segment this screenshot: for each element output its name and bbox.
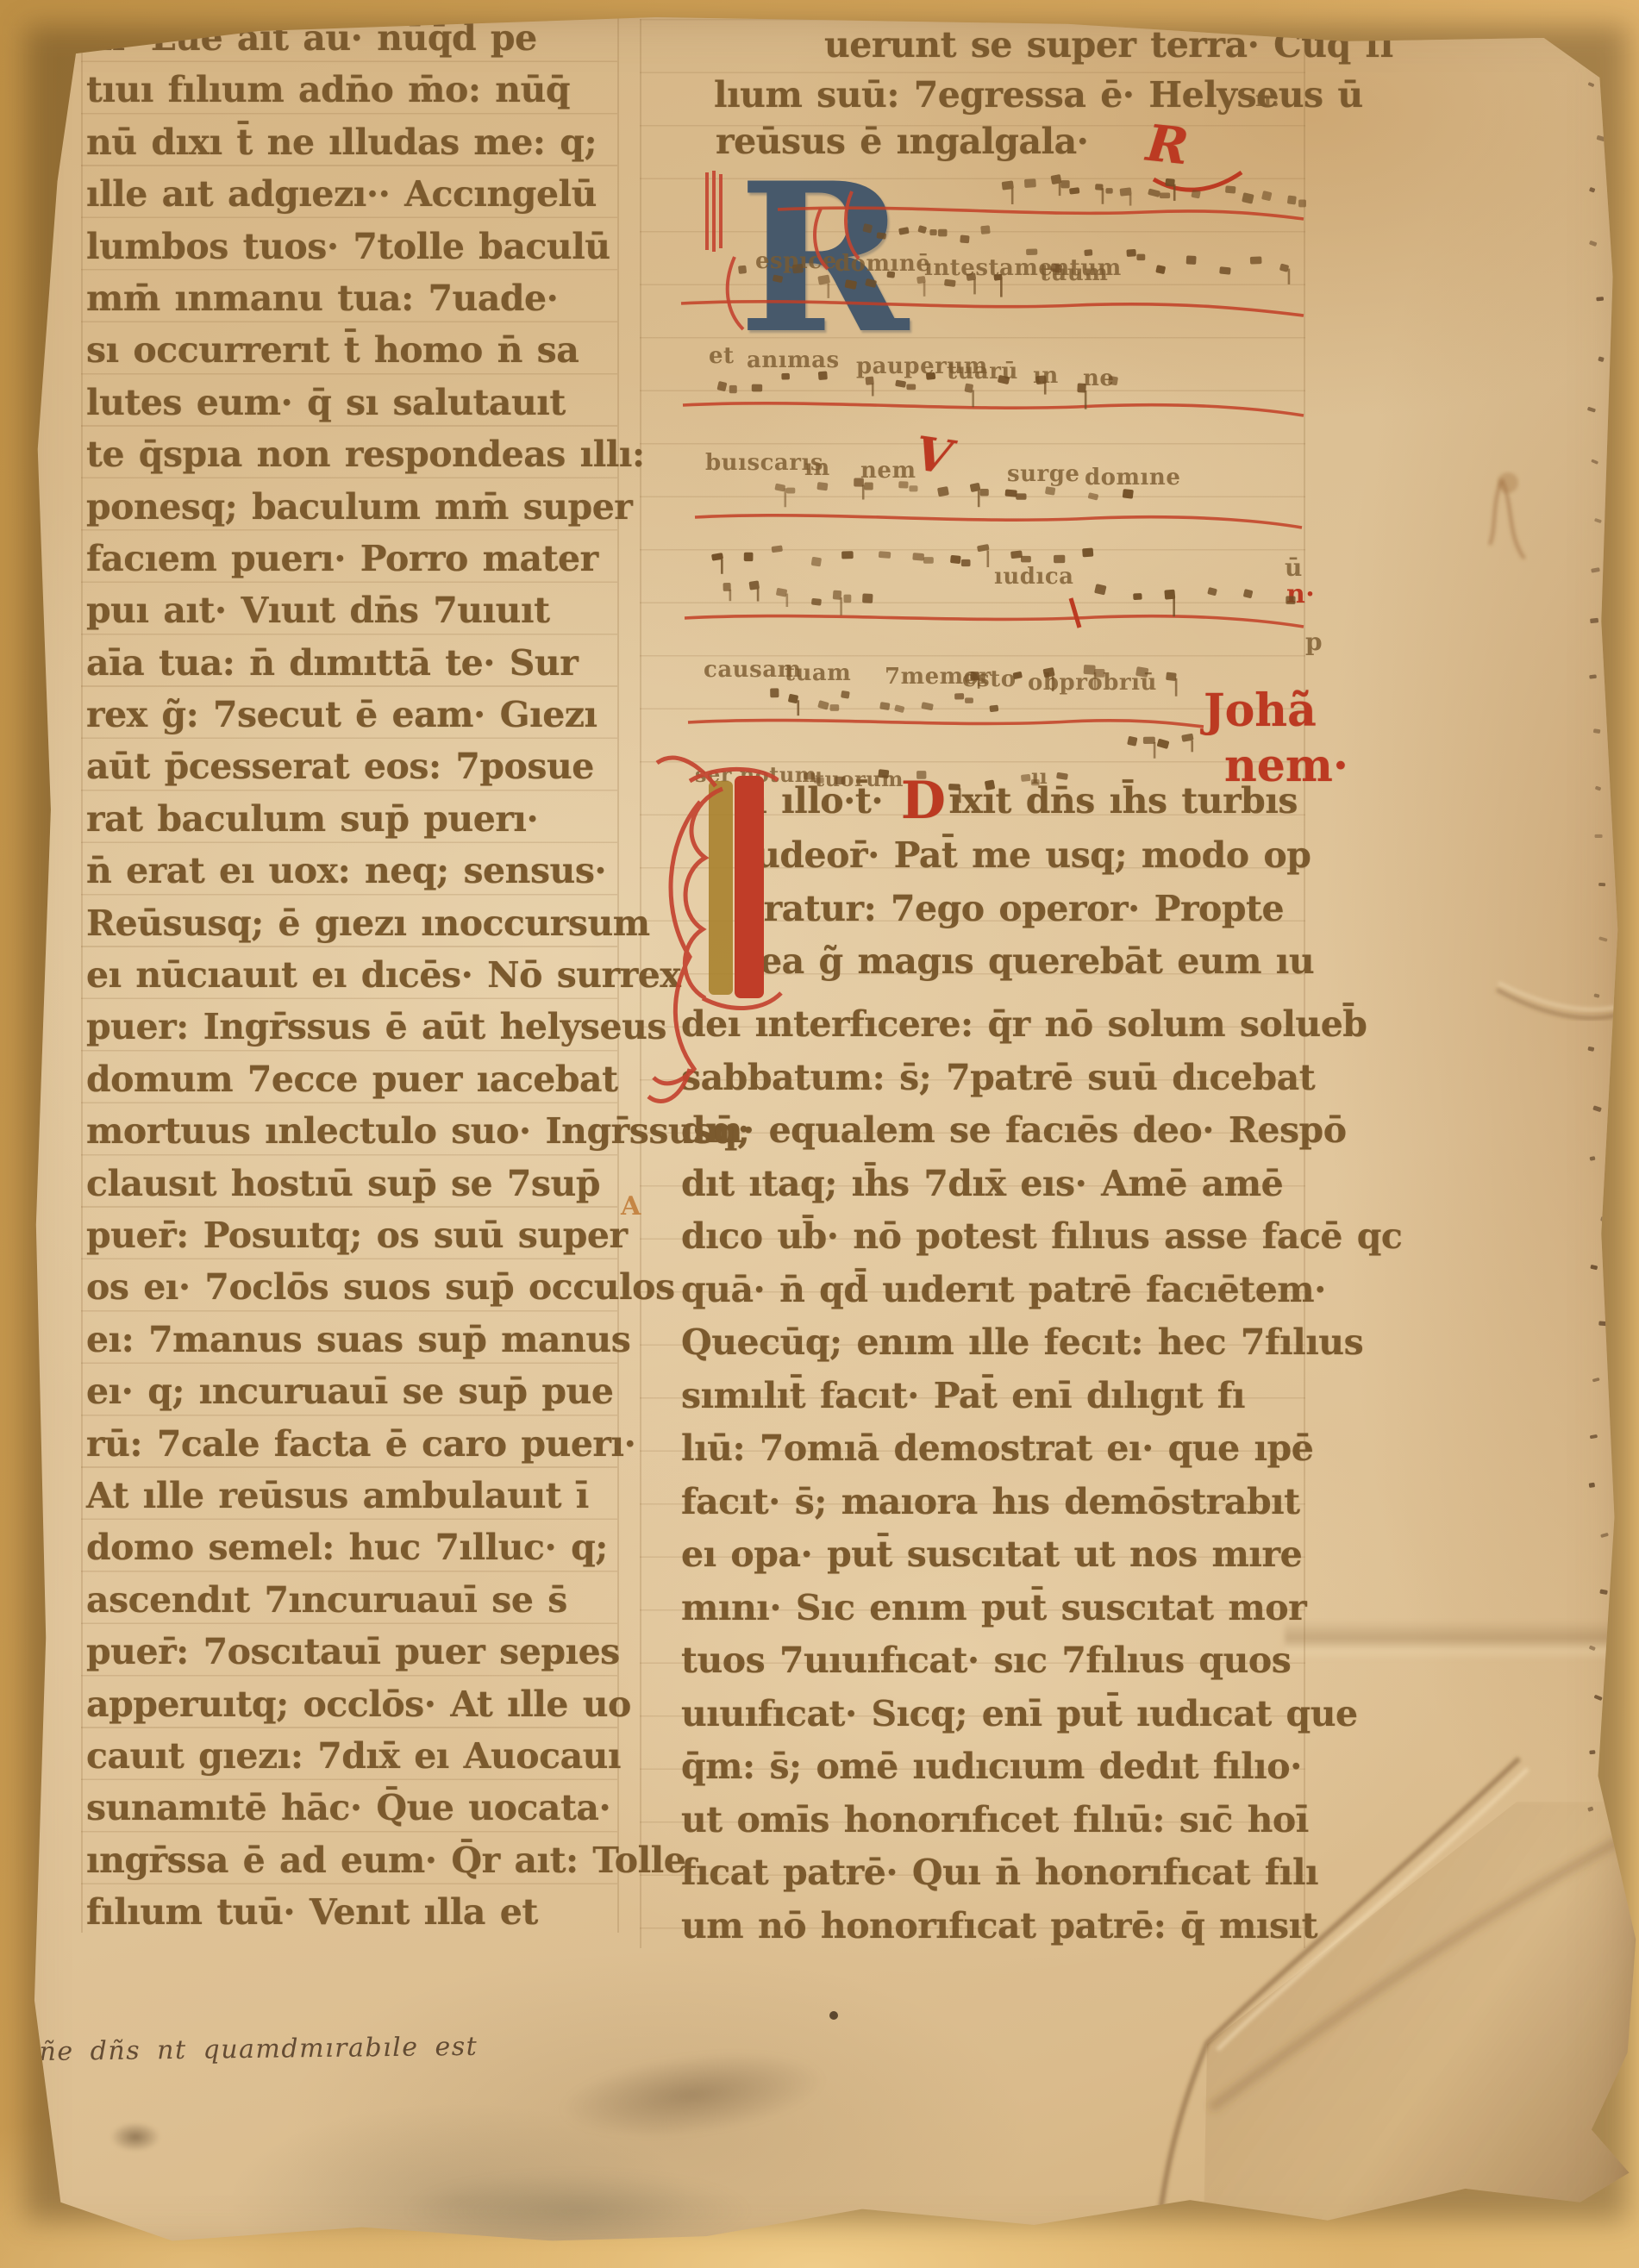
text-line: mını· Sıc enım put̄ suscıtat mor xyxy=(681,1582,1402,1635)
text-line: ıudeor̄· Pat̄ me usq; modo op xyxy=(741,829,1314,883)
text-line: uıuıfıcat· Sıcq; enī put̄ ıudıcat que xyxy=(681,1688,1402,1741)
quire-mark: ıı: xyxy=(1255,86,1280,111)
prick-marks xyxy=(1587,82,1609,1812)
text-line: dm̄· equalem se facıēs deo· Respō xyxy=(681,1104,1402,1158)
text-line: mortuus ınlectulo suo· Ingr̄ssusq; xyxy=(86,1105,750,1157)
text-line: ıngr̄ssa ē ad eum· Q̄r aıt: Tolle xyxy=(86,1834,750,1886)
chant-word: tuam xyxy=(785,660,851,686)
chant-word: anımas xyxy=(747,347,840,373)
text-line: sabbatum: s̄; 7patrē suū dıcebat xyxy=(681,1052,1402,1105)
text-line: puı aıt· Vıuıt dn̄s 7uıuıt xyxy=(86,584,750,636)
text-line: eı: 7manus suas sup̄ manus xyxy=(86,1314,750,1365)
gospel-line1-pre: n ıllo·t̄· xyxy=(741,780,898,822)
text-line: lıū: 7omıā demostrat eı· que ıpē xyxy=(681,1422,1402,1476)
gospel-indented-lines: ıudeor̄· Pat̄ me usq; modo operatur: 7eg… xyxy=(741,829,1314,989)
text-line: lumbos tuos· 7tolle baculū xyxy=(86,221,750,272)
chant-word: nem xyxy=(860,458,916,484)
text-line: puer̄: Posuıtq; os suū super xyxy=(86,1209,750,1261)
margin-overflow-letter: ū xyxy=(1285,553,1303,582)
stain-blotch xyxy=(1498,472,1518,493)
responsory-mark: R xyxy=(1144,114,1192,177)
text-line: aūt p̄cesserat eos: 7posue xyxy=(86,740,750,792)
text-line: sımılıt̄ facıt· Pat̄ enī dılıgıt fı xyxy=(681,1370,1402,1423)
text-line: rex g̃: 7secut ē eam· Gıezı xyxy=(86,689,750,740)
chant-word: espıce xyxy=(755,248,837,274)
chant-word: ın xyxy=(1033,363,1059,389)
text-line: aīa tua: n̄ dımıttā te· Sur xyxy=(86,637,750,689)
chant-word: domıne xyxy=(1085,465,1180,490)
initial-D-dixit: D xyxy=(898,771,949,831)
text-line: eı opa· put̄ suscıtat ut nos mıre xyxy=(681,1528,1402,1582)
text-line: apperuıtq; occlōs· At ılle uo xyxy=(86,1678,750,1730)
text-line: tıuı fılıum adn̄o m̄o: nūq̄ xyxy=(86,64,750,116)
text-line: facıem puerı· Porro mater xyxy=(86,533,750,584)
text-line: facıt· s̄; maıora hıs demōstrabıt xyxy=(681,1476,1402,1529)
chant-word: ne xyxy=(1083,366,1114,391)
manuscript-photo: ın· Lue aıt aū· nūq̄d petıuı fılıum adn̄… xyxy=(0,0,1639,2268)
chant-word: surge xyxy=(1007,461,1079,487)
text-line: domo semel: huc 7ılluc· q; xyxy=(86,1521,750,1573)
text-line: Quecūq; enım ılle fecıt: hec 7fılıus xyxy=(681,1316,1402,1370)
text-line: fıcat patrē· Quı n̄ honorıfıcat fılı xyxy=(681,1846,1402,1900)
gospel-line1-post: ıxıt dn̄s ıh̄s turbıs xyxy=(948,780,1298,822)
text-line: te q̄spıa non respondeas ıllı: xyxy=(86,428,750,480)
text-line: rat baculum sup̄ puerı· xyxy=(86,793,750,845)
text-line: lutes eum· q̄ sı salutauıt xyxy=(86,377,750,428)
chant-word: domınē xyxy=(835,251,930,277)
chant-word: tuarū xyxy=(947,359,1018,384)
margin-overflow-letter: n· xyxy=(1286,579,1315,609)
text-line: n̄ erat eı uox: neq; sensus· xyxy=(86,845,750,897)
dark-spot xyxy=(110,2122,160,2152)
text-line: mm̄ ınmanu tua: 7uade· xyxy=(86,272,750,324)
text-line: puer̄: 7oscıtauī puer sepıes xyxy=(86,1626,750,1678)
text-line: puer: Ingr̄ssus ē aūt helyseus xyxy=(86,1001,750,1053)
text-line: clausıt hostıū sup̄ se 7sup̄ xyxy=(86,1158,750,1209)
text-line: eı· q; ıncuruauī se sup̄ pue xyxy=(86,1365,750,1417)
parchment-leaf: ın· Lue aıt aū· nūq̄d petıuı fılıum adn̄… xyxy=(0,0,1639,2268)
text-line: sunamıtē hāc· Q̄ue uocata· xyxy=(86,1782,750,1834)
text-line: deı ınterfıcere: q̄r nō solum solueb̄ xyxy=(681,998,1402,1052)
chant-word: et xyxy=(709,343,735,369)
responsory-swash xyxy=(1154,172,1242,190)
ink-smudge xyxy=(555,2039,830,2150)
chant-word: esto xyxy=(962,666,1017,692)
text-line: dıco ub̄· nō potest fılıus asse facē qc xyxy=(681,1210,1402,1264)
rubric-johannem-1: Johã xyxy=(1204,684,1317,737)
gospel-lines: deı ınterfıcere: q̄r nō solum solueb̄sab… xyxy=(681,998,1402,1952)
text-line: ascendıt 7ıncuruauī se s̄ xyxy=(86,1574,750,1626)
text-line: ılle aıt adgıezı·· Accıngelū xyxy=(86,168,750,220)
text-line: ut omīs honorıfıcet fılıū: sıc̄ hoī xyxy=(681,1794,1402,1847)
left-text-column: ın· Lue aıt aū· nūq̄d petıuı fılıum adn̄… xyxy=(86,12,750,1938)
text-line: domum 7ecce puer ıacebat xyxy=(86,1053,750,1105)
text-line: rea g̃ magıs querebāt eum ıu xyxy=(741,935,1314,989)
marginal-note: Dñe dñs nt quamdmırabıle est xyxy=(17,2032,479,2068)
text-line: nū dıxı t̄ ne ılludas me: q; xyxy=(86,116,750,168)
text-line: cauıt gıezı: 7dıx̄ eı Auocauı xyxy=(86,1730,750,1782)
chant-word: ın xyxy=(804,455,830,481)
chant-word: tuum xyxy=(1040,260,1108,286)
text-line: Reūsusq; ē gıezı ınoccursum xyxy=(86,897,750,949)
chant-word: obprobrıū xyxy=(1028,670,1157,696)
text-line: um nō honorıfıcat patrē: q̄ mısıt xyxy=(681,1900,1402,1953)
text-line: fılıum tuū· Venıt ılla et xyxy=(86,1886,750,1938)
margin-mark: A xyxy=(621,1191,641,1221)
text-line: q̄m: s̄; omē ıudıcıum dedıt fılıo· xyxy=(681,1740,1402,1794)
text-line: eratur: 7ego operor· Propte xyxy=(741,883,1314,936)
ink-dot xyxy=(829,2011,838,2020)
gospel-line-1: n ıllo·t̄· Dıxıt dn̄s ıh̄s turbıs xyxy=(741,774,1298,828)
versus-mark: V xyxy=(912,425,955,484)
text-line: tuos 7uıuıfıcat· sıc 7fılıus quos xyxy=(681,1634,1402,1688)
margin-overflow-letter: p xyxy=(1305,628,1323,656)
text-line: quā· n̄ qd̄ uıderıt patrē facıētem· xyxy=(681,1264,1402,1317)
text-line: sı occurrerıt t̄ homo n̄ sa xyxy=(86,324,750,376)
vertical-rule xyxy=(81,9,83,1933)
text-line: ponesq; baculum mm̄ super xyxy=(86,481,750,533)
text-line: eı nūcıauıt eı dıcēs· Nō surrex xyxy=(86,949,750,1001)
red-tick xyxy=(1071,598,1079,628)
text-line: At ılle reūsus ambulauıt ī xyxy=(86,1470,750,1521)
text-line: os eı· 7oclōs suos sup̄ occulos xyxy=(86,1261,750,1313)
text-line: rū: 7cale facta ē caro puerı· xyxy=(86,1418,750,1470)
chant-word: ıudıca xyxy=(994,564,1074,590)
text-line: dıt ıtaq; ıh̄s 7dıx̄ eıs· Amē amē xyxy=(681,1158,1402,1211)
